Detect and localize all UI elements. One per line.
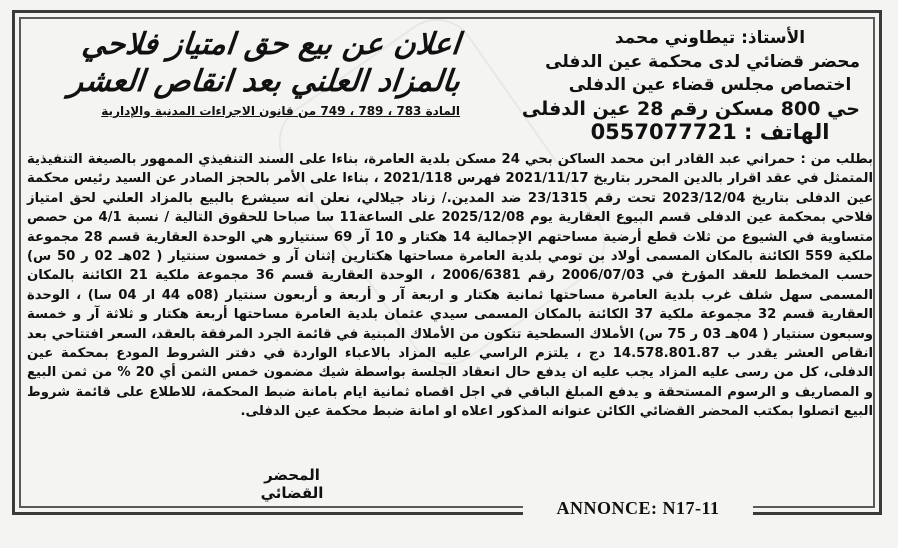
bailiff-jurisdiction: اختصاص مجلس قضاء عين الدفلى [560, 74, 860, 98]
notice-body: بطلب من : حمراني عبد القادر ابن محمد الس… [27, 150, 873, 422]
bailiff-header: الأستاذ: تيطاوني محمد محضر قضائي لدى محك… [560, 27, 860, 145]
announcement-title-line1: اعلان عن بيع حق امتياز فلاحي [38, 26, 462, 63]
notice-paragraph: بطلب من : حمراني عبد القادر ابن محمد الس… [27, 150, 873, 422]
phone-label: الهاتف : [744, 120, 829, 144]
bailiff-name: الأستاذ: تيطاوني محمد [560, 27, 860, 51]
phone-number: 0557077721 [591, 120, 737, 144]
signature: المحضر القضائي [232, 466, 352, 502]
legal-notice: الأستاذ: تيطاوني محمد محضر قضائي لدى محك… [0, 0, 898, 548]
announcement-header: اعلان عن بيع حق امتياز فلاحي بالمزاد الع… [40, 26, 460, 118]
legal-reference: المادة 783 ، 789 ، 749 من قانون الاجراءا… [40, 104, 460, 118]
announcement-title-line2: بالمزاد العلني بعد انقاص العشر [38, 63, 462, 100]
bailiff-address: حي 800 مسكن رقم 28 عين الدفلى [560, 98, 860, 122]
bailiff-title: محضر قضائي لدى محكمة عين الدفلى [560, 51, 860, 75]
annonce-code: ANNONCE: N17-11 [523, 496, 753, 520]
bailiff-phone: الهاتف : 0557077721 [560, 121, 860, 145]
